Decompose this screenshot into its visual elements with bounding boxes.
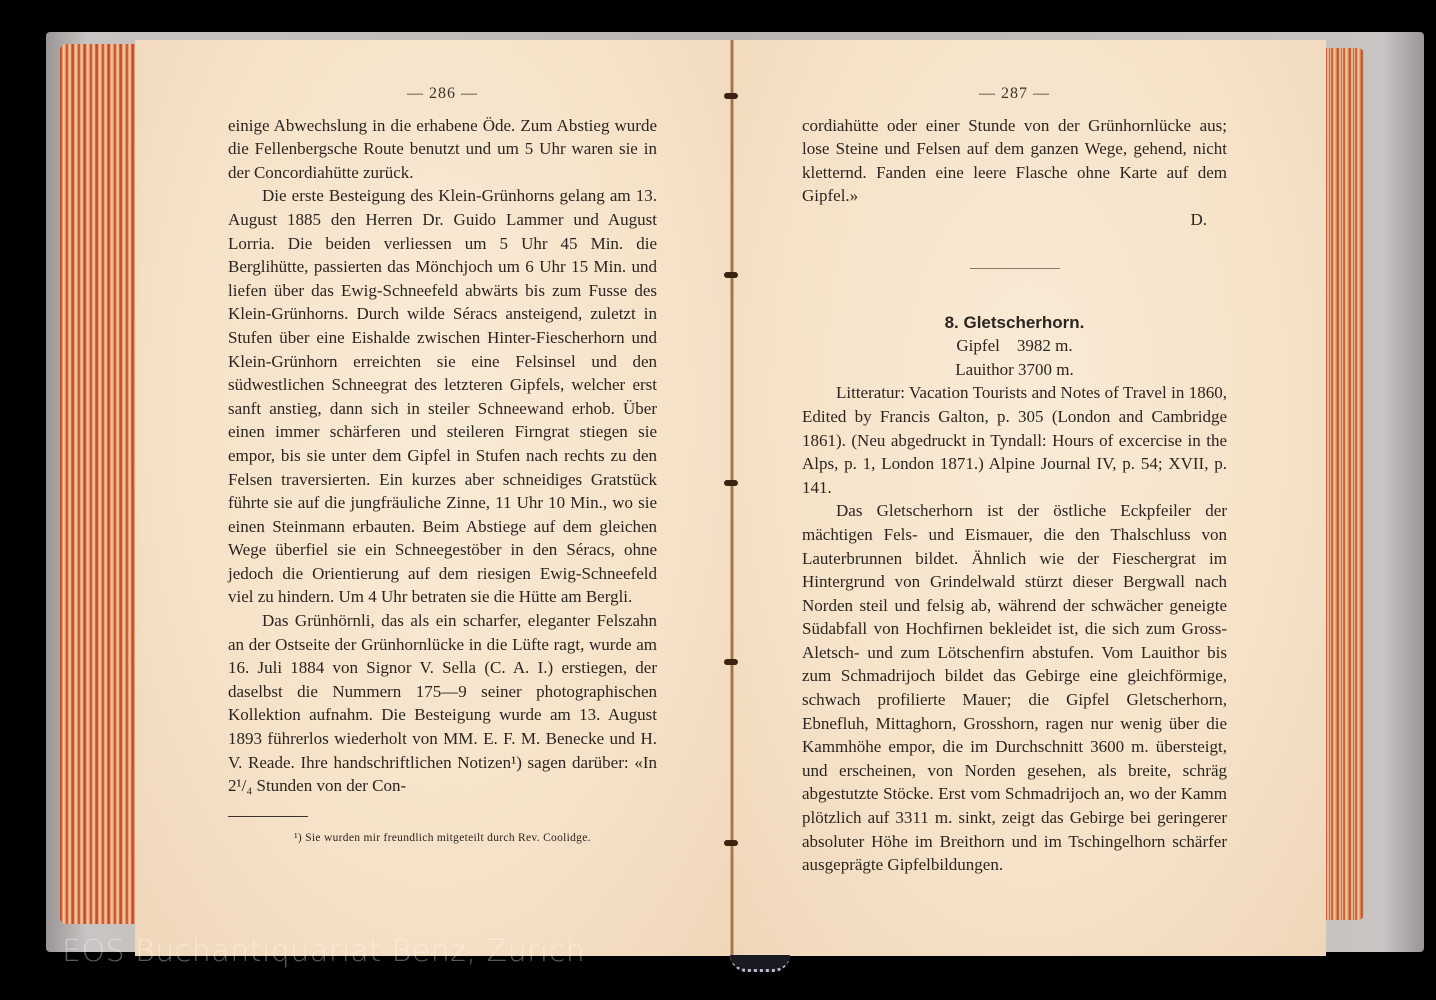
binding-stitch [724,272,738,278]
right-page: — 287 — cordiahütte oder einer Stunde vo… [732,40,1326,956]
footnote: ¹) Sie wurden mir freundlich mitgeteilt … [228,827,657,851]
paragraph: Die erste Besteigung des Klein-Grünhorns… [228,184,657,609]
footnote-rule [228,816,308,817]
page-number-left: — 286 — [228,82,657,106]
paragraph-continuation: cordiahütte oder einer Stunde von der Gr… [802,114,1227,208]
signature-line: D. [802,208,1227,232]
elevation-value: 3982 m. [1017,336,1073,355]
elevation-row: Lauithor 3700 m. [802,358,1227,382]
watermark: EOS Buchantiquariat Benz, Zürich [62,934,585,969]
page-number-right: — 287 — [802,82,1227,106]
left-page-edges [60,44,140,924]
right-page-text: — 287 — cordiahütte oder einer Stunde vo… [802,82,1227,877]
bookmark-ribbon [730,955,790,972]
binding-stitch [724,840,738,846]
section-separator [970,268,1060,269]
paragraph: Das Gletscherhorn ist der östliche Eckpf… [802,499,1227,877]
left-page: — 286 — einige Abwechslung in die erhabe… [135,40,732,956]
left-page-text: — 286 — einige Abwechslung in die erhabe… [228,82,657,850]
literature-paragraph: Litteratur: Vacation Tourists and Notes … [802,381,1227,499]
binding-stitch [724,93,738,99]
elevation-label: Gipfel [956,336,999,355]
paragraph: Das Grünhörnli, das als ein scharfer, el… [228,609,657,798]
section-heading: 8. Gletscherhorn. [802,311,1227,335]
signature: D. [1190,208,1207,232]
book-gutter [730,40,734,956]
elevation-row: Gipfel 3982 m. [802,334,1227,358]
binding-stitch [724,480,738,486]
binding-stitch [724,659,738,665]
paragraph: einige Abwechslung in die erhabene Öde. … [228,114,657,185]
elevation-label: Lauithor [955,360,1014,379]
elevation-value: 3700 m. [1018,360,1074,379]
